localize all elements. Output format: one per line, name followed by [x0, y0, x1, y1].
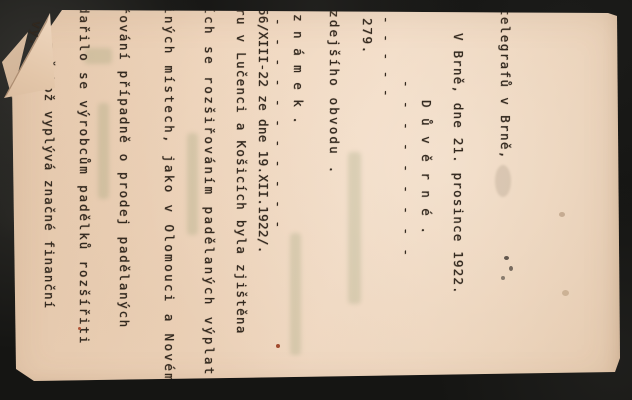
paper-sheet: telegrafů v Brně, V Brně, dne 21. prosin… [0, 0, 632, 400]
scanned-document: telegrafů v Brně, V Brně, dne 21. prosin… [0, 0, 632, 400]
fold-fragment: vy. [27, 20, 45, 47]
paper-vignette [0, 0, 632, 400]
